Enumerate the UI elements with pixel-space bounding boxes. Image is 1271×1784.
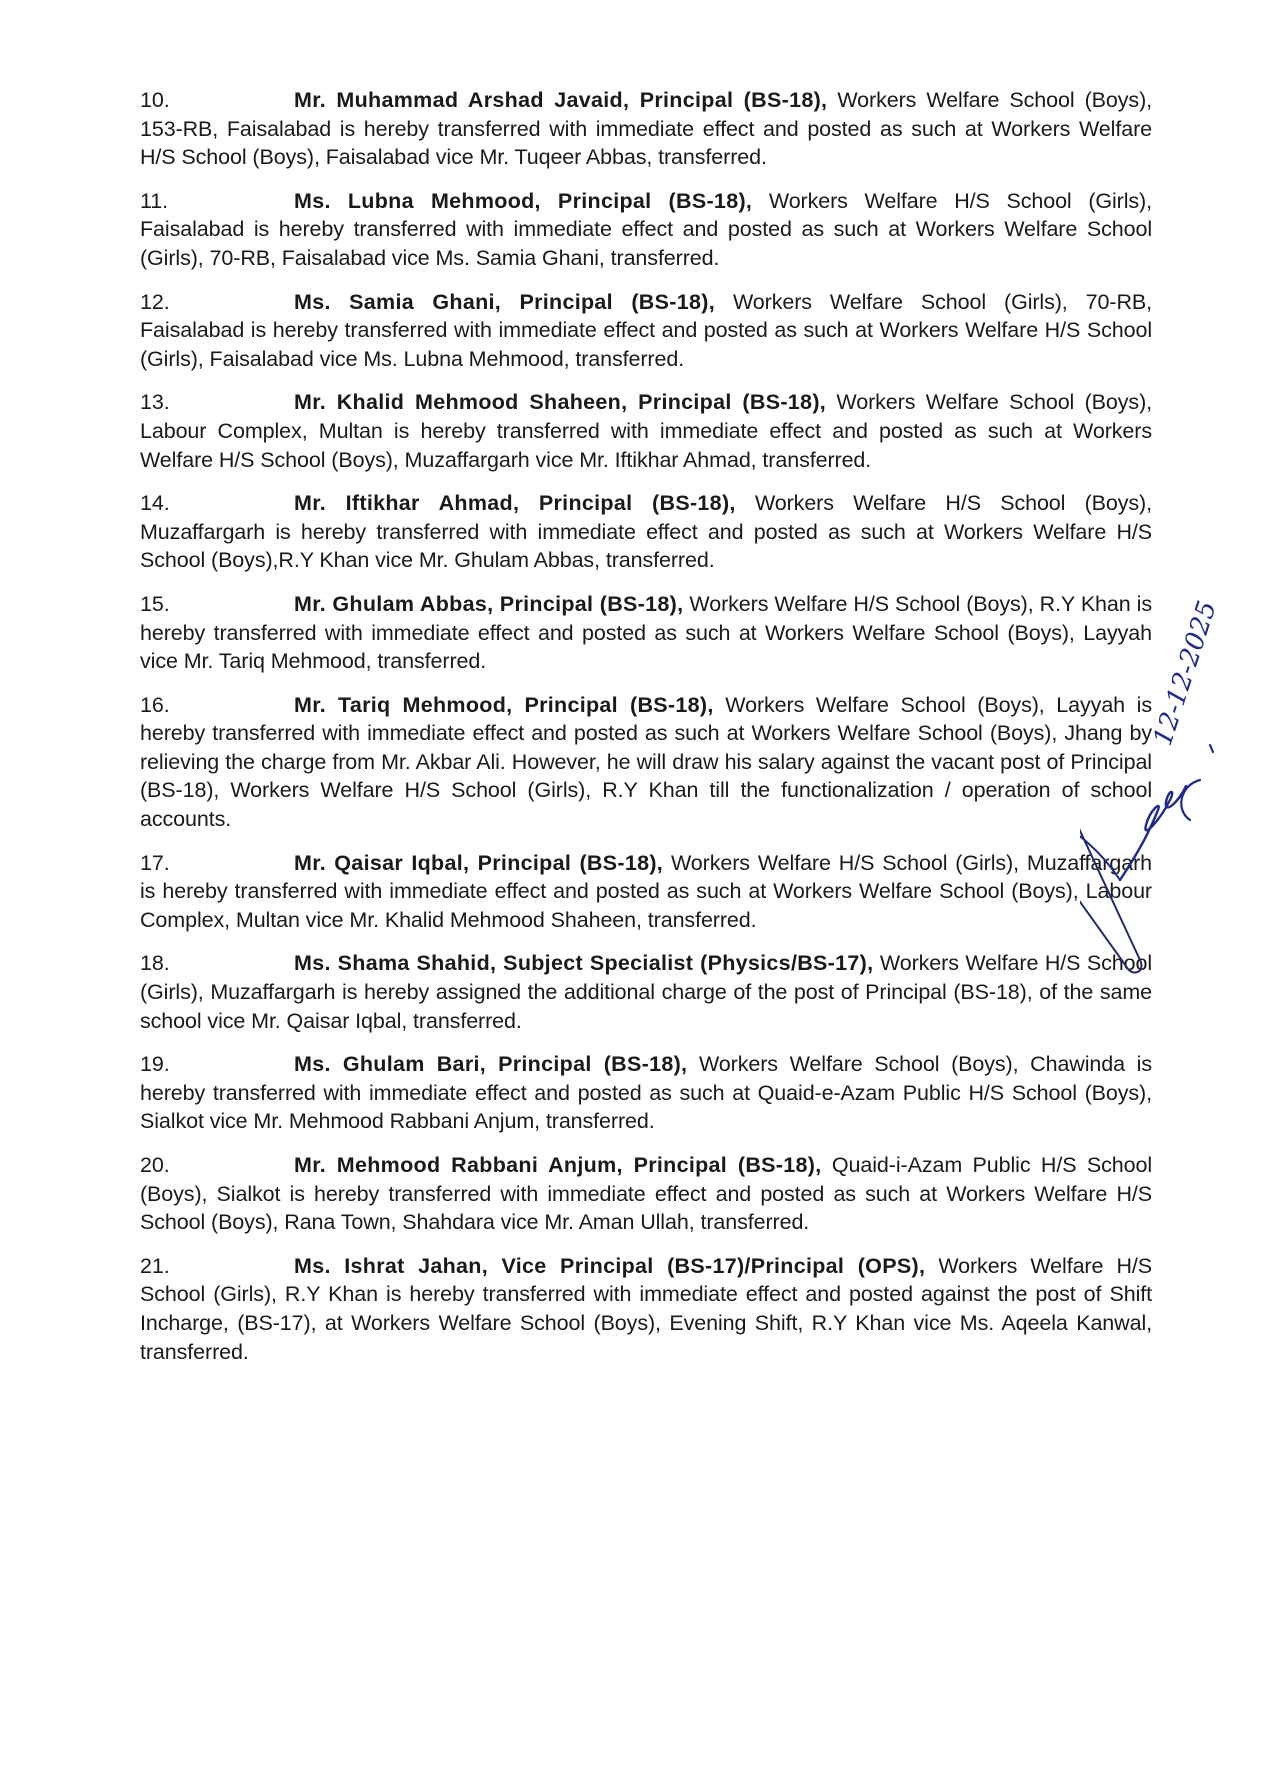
- officer-name-designation: Mr. Tariq Mehmood, Principal (BS-18),: [294, 693, 714, 717]
- paragraph-number: 12.: [140, 288, 294, 317]
- paragraph-number: 15.: [140, 590, 294, 619]
- officer-name-designation: Ms. Samia Ghani, Principal (BS-18),: [294, 290, 715, 314]
- order-paragraph: 15.Mr. Ghulam Abbas, Principal (BS-18), …: [140, 590, 1152, 676]
- handwritten-date: 12-12-2025: [1148, 597, 1223, 749]
- officer-name-designation: Mr. Ghulam Abbas, Principal (BS-18),: [294, 592, 683, 616]
- paragraph-number: 16.: [140, 691, 294, 720]
- paragraph-number: 17.: [140, 849, 294, 878]
- order-paragraph: 12.Ms. Samia Ghani, Principal (BS-18), W…: [140, 288, 1152, 374]
- officer-name-designation: Mr. Mehmood Rabbani Anjum, Principal (BS…: [294, 1153, 822, 1177]
- officer-name-designation: Mr. Muhammad Arshad Javaid, Principal (B…: [294, 88, 827, 112]
- officer-name-designation: Mr. Qaisar Iqbal, Principal (BS-18),: [294, 851, 663, 875]
- officer-name-designation: Ms. Shama Shahid, Subject Specialist (Ph…: [294, 951, 873, 975]
- order-paragraph: 18.Ms. Shama Shahid, Subject Specialist …: [140, 949, 1152, 1035]
- order-paragraph: 21.Ms. Ishrat Jahan, Vice Principal (BS-…: [140, 1252, 1152, 1366]
- paragraph-number: 20.: [140, 1151, 294, 1180]
- paragraph-number: 10.: [140, 86, 294, 115]
- document-page: 10.Mr. Muhammad Arshad Javaid, Principal…: [140, 86, 1152, 1381]
- officer-name-designation: Mr. Khalid Mehmood Shaheen, Principal (B…: [294, 390, 826, 414]
- order-paragraph: 17.Mr. Qaisar Iqbal, Principal (BS-18), …: [140, 849, 1152, 935]
- order-paragraph: 13.Mr. Khalid Mehmood Shaheen, Principal…: [140, 388, 1152, 474]
- officer-name-designation: Mr. Iftikhar Ahmad, Principal (BS-18),: [294, 491, 736, 515]
- order-paragraph: 20.Mr. Mehmood Rabbani Anjum, Principal …: [140, 1151, 1152, 1237]
- order-paragraph: 19.Ms. Ghulam Bari, Principal (BS-18), W…: [140, 1050, 1152, 1136]
- order-paragraph: 10.Mr. Muhammad Arshad Javaid, Principal…: [140, 86, 1152, 172]
- order-paragraph: 14.Mr. Iftikhar Ahmad, Principal (BS-18)…: [140, 489, 1152, 575]
- officer-name-designation: Ms. Ghulam Bari, Principal (BS-18),: [294, 1052, 687, 1076]
- paragraph-number: 18.: [140, 949, 294, 978]
- paragraph-number: 13.: [140, 388, 294, 417]
- paragraph-number: 11.: [140, 187, 294, 216]
- order-paragraph: 16.Mr. Tariq Mehmood, Principal (BS-18),…: [140, 691, 1152, 834]
- officer-name-designation: Ms. Lubna Mehmood, Principal (BS-18),: [294, 189, 752, 213]
- paragraph-number: 19.: [140, 1050, 294, 1079]
- paragraph-number: 14.: [140, 489, 294, 518]
- officer-name-designation: Ms. Ishrat Jahan, Vice Principal (BS-17)…: [294, 1254, 925, 1278]
- paragraph-number: 21.: [140, 1252, 294, 1281]
- order-paragraph: 11.Ms. Lubna Mehmood, Principal (BS-18),…: [140, 187, 1152, 273]
